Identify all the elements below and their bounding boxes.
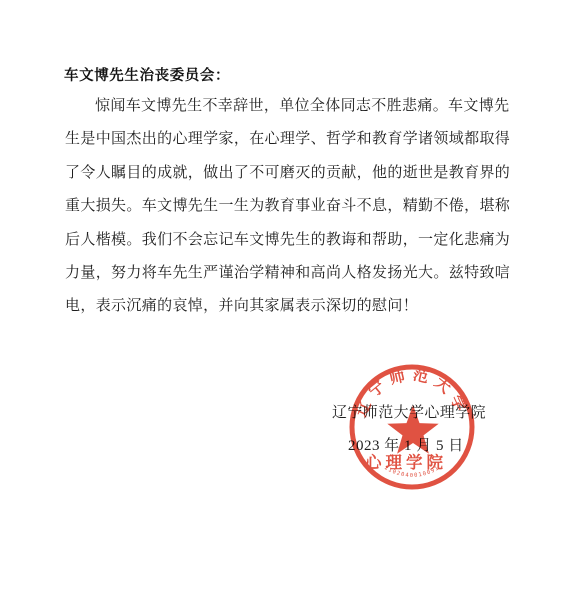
body-line-4: 重大损失。车文博先生一生为教育事业奋斗不息，精勤不倦，堪称 bbox=[65, 190, 511, 223]
body-line-3: 了令人瞩目的成就，做出了不可磨灭的贡献，他的逝世是教育界的 bbox=[65, 157, 511, 190]
body-line-7: 电，表示沉痛的哀悼，并向其家属表示深切的慰问！ bbox=[65, 290, 511, 323]
body-line-2: 生是中国杰出的心理学家，在心理学、哲学和教育学诸领域都取得 bbox=[65, 123, 511, 156]
body-line-1: 惊闻车文博先生不幸辞世，单位全体同志不胜悲痛。车文博先 bbox=[65, 90, 511, 123]
official-seal: 辽宁师范大学 心理学院 2102040010091 bbox=[344, 359, 480, 495]
body-line-5: 后人楷模。我们不会忘记车文博先生的教诲和帮助，一定化悲痛为 bbox=[65, 224, 511, 257]
body-line-6: 力量，努力将车先生严谨治学精神和高尚人格发扬光大。兹特致唁 bbox=[65, 257, 511, 290]
document-page: 车文博先生治丧委员会： 惊闻车文博先生不幸辞世，单位全体同志不胜悲痛。车文博先 … bbox=[0, 0, 576, 604]
star-icon bbox=[387, 405, 438, 454]
salutation: 车文博先生治丧委员会： bbox=[64, 64, 230, 85]
letter-body: 惊闻车文博先生不幸辞世，单位全体同志不胜悲痛。车文博先 生是中国杰出的心理学家，… bbox=[65, 90, 511, 324]
